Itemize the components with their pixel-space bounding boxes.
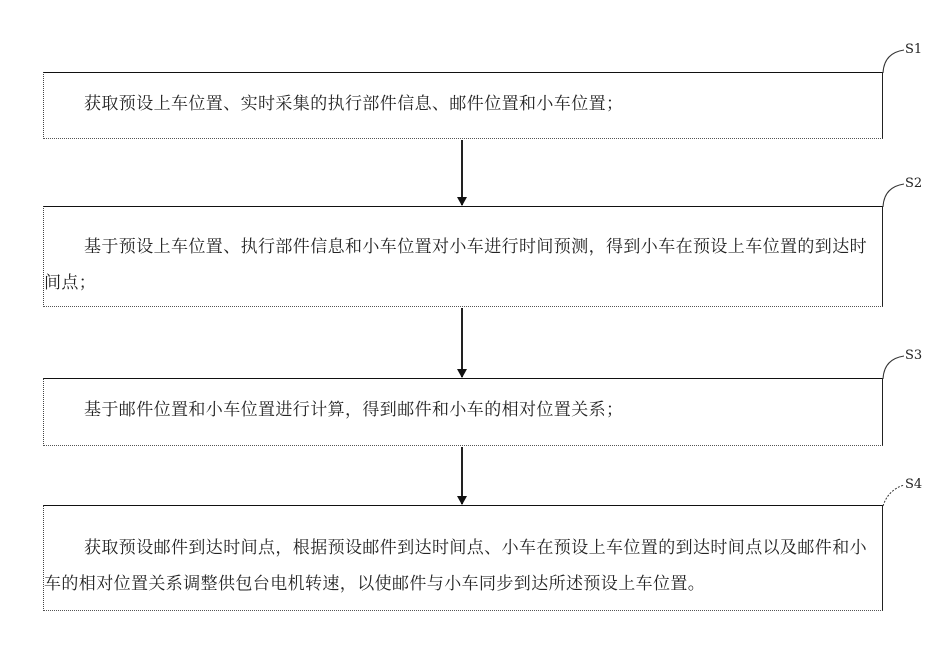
arrow-s2-to-s3: [461, 308, 463, 377]
step-box-s4: 获取预设邮件到达时间点，根据预设邮件到达时间点、小车在预设上车位置的到达时间点以…: [43, 505, 883, 611]
step-label-s3: S3: [905, 348, 922, 363]
step-label-s4: S4: [905, 477, 922, 492]
step-box-s3: 基于邮件位置和小车位置进行计算，得到邮件和小车的相对位置关系；: [43, 378, 883, 446]
step-text-s1: 获取预设上车位置、实时采集的执行部件信息、邮件位置和小车位置；: [44, 86, 872, 122]
step-text-s3: 基于邮件位置和小车位置进行计算，得到邮件和小车的相对位置关系；: [44, 392, 872, 428]
arrow-s1-to-s2: [461, 140, 463, 205]
step-box-s1: 获取预设上车位置、实时采集的执行部件信息、邮件位置和小车位置；: [43, 72, 883, 139]
step-text-s2: 基于预设上车位置、执行部件信息和小车位置对小车进行时间预测，得到小车在预设上车位…: [44, 229, 872, 301]
step-text-s4: 获取预设邮件到达时间点，根据预设邮件到达时间点、小车在预设上车位置的到达时间点以…: [44, 530, 872, 602]
arrow-s3-to-s4: [461, 447, 463, 504]
step-label-s2: S2: [905, 176, 922, 191]
step-label-s1: S1: [905, 42, 922, 57]
step-box-s2: 基于预设上车位置、执行部件信息和小车位置对小车进行时间预测，得到小车在预设上车位…: [43, 206, 883, 307]
